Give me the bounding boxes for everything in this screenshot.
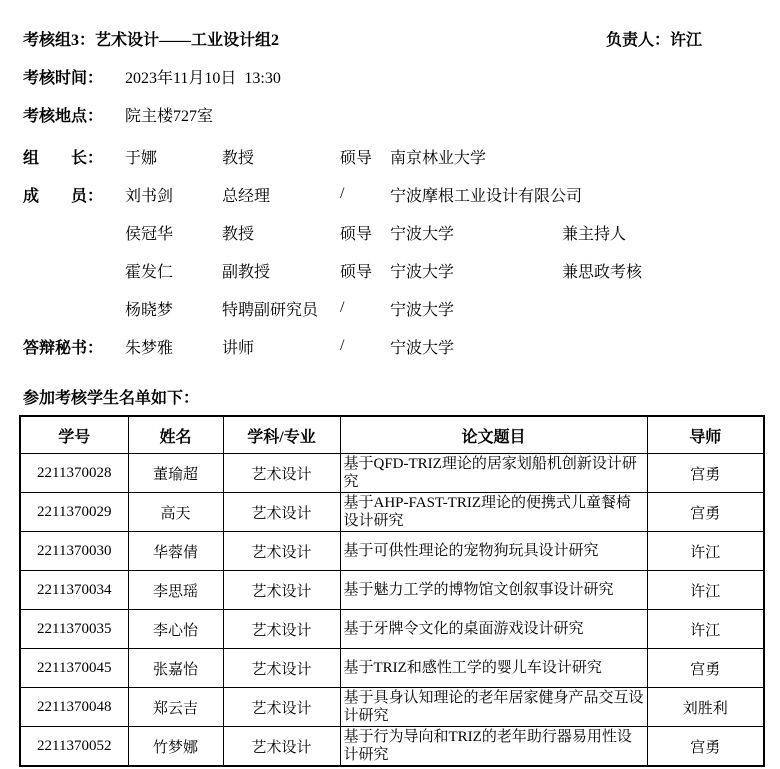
member-organization: 宁波大学 bbox=[390, 259, 562, 282]
info-label: 考核地点： bbox=[23, 103, 125, 126]
mentor-cell: 宫勇 bbox=[647, 454, 764, 493]
student-id-cell: 2211370034 bbox=[20, 571, 128, 610]
table-row: 2211370035李心怡艺术设计基于牙牌令文化的桌面游戏设计研究许江 bbox=[20, 610, 764, 649]
student-name-cell: 董瑜超 bbox=[128, 454, 223, 493]
member-organization: 宁波大学 bbox=[390, 221, 562, 244]
mentor-cell: 刘胜利 bbox=[647, 688, 764, 727]
col-header-major: 学科/专业 bbox=[223, 416, 340, 454]
student-name-cell: 华蓉倩 bbox=[128, 532, 223, 571]
member-name: 侯冠华 bbox=[125, 221, 222, 244]
info-value: 2023年11月10日 13:30 bbox=[125, 65, 281, 88]
major-cell: 艺术设计 bbox=[223, 532, 340, 571]
student-id-cell: 2211370045 bbox=[20, 649, 128, 688]
major-cell: 艺术设计 bbox=[223, 688, 340, 727]
mentor-cell: 许江 bbox=[647, 610, 764, 649]
student-id-cell: 2211370052 bbox=[20, 727, 128, 767]
mentor-cell: 宫勇 bbox=[647, 493, 764, 532]
student-id-cell: 2211370029 bbox=[20, 493, 128, 532]
thesis-title-cell: 基于行为导向和TRIZ的老年助行器易用性设计研究 bbox=[340, 727, 647, 767]
mentor-cell: 宫勇 bbox=[647, 649, 764, 688]
table-row: 2211370052竹梦娜艺术设计基于行为导向和TRIZ的老年助行器易用性设计研… bbox=[20, 727, 764, 767]
students-intro: 参加考核学生名单如下： bbox=[23, 385, 199, 408]
leader-name: 负责人：许江 bbox=[606, 27, 702, 50]
member-name: 于娜 bbox=[125, 145, 222, 168]
member-extra-duty: 兼思政考核 bbox=[562, 259, 763, 282]
committee-row: 霍发仁副教授硕导宁波大学兼思政考核 bbox=[19, 251, 763, 289]
member-supervisor-type: 硕导 bbox=[340, 145, 390, 168]
member-supervisor-type: 硕导 bbox=[340, 259, 390, 282]
thesis-title-cell: 基于QFD-TRIZ理论的居家划船机创新设计研究 bbox=[340, 454, 647, 493]
member-supervisor-type: / bbox=[340, 337, 390, 355]
major-cell: 艺术设计 bbox=[223, 610, 340, 649]
major-cell: 艺术设计 bbox=[223, 649, 340, 688]
student-name-cell: 竹梦娜 bbox=[128, 727, 223, 767]
committee-role-label: 成 员： bbox=[23, 183, 125, 206]
member-extra-duty: 兼主持人 bbox=[562, 221, 763, 244]
mentor-cell: 许江 bbox=[647, 532, 764, 571]
student-name-cell: 郑云吉 bbox=[128, 688, 223, 727]
info-value: 院主楼727室 bbox=[125, 103, 213, 126]
info-label: 考核时间： bbox=[23, 65, 125, 88]
students-table: 学号 姓名 学科/专业 论文题目 导师 2211370028董瑜超艺术设计基于Q… bbox=[19, 415, 765, 767]
member-name: 刘书剑 bbox=[125, 183, 222, 206]
member-supervisor-type: / bbox=[340, 185, 390, 203]
committee-role-label: 答辩秘书： bbox=[23, 335, 125, 358]
student-id-cell: 2211370028 bbox=[20, 454, 128, 493]
student-name-cell: 张嘉怡 bbox=[128, 649, 223, 688]
student-id-cell: 2211370048 bbox=[20, 688, 128, 727]
member-supervisor-type: / bbox=[340, 299, 390, 317]
table-row: 2211370048郑云吉艺术设计基于具身认知理论的老年居家健身产品交互设计研究… bbox=[20, 688, 764, 727]
major-cell: 艺术设计 bbox=[223, 493, 340, 532]
table-header-row: 学号 姓名 学科/专业 论文题目 导师 bbox=[20, 416, 764, 454]
table-row: 2211370045张嘉怡艺术设计基于TRIZ和感性工学的婴儿车设计研究宫勇 bbox=[20, 649, 764, 688]
col-header-student-id: 学号 bbox=[20, 416, 128, 454]
member-organization: 宁波大学 bbox=[390, 335, 562, 358]
thesis-title-cell: 基于魅力工学的博物馆文创叙事设计研究 bbox=[340, 571, 647, 610]
col-header-mentor: 导师 bbox=[647, 416, 764, 454]
col-header-thesis: 论文题目 bbox=[340, 416, 647, 454]
committee-rows: 组 长：于娜教授硕导南京林业大学成 员：刘书剑总经理/宁波摩根工业设计有限公司侯… bbox=[19, 137, 763, 365]
info-row: 考核地点：院主楼727室 bbox=[19, 95, 763, 133]
member-title: 副教授 bbox=[222, 259, 340, 282]
thesis-title-cell: 基于TRIZ和感性工学的婴儿车设计研究 bbox=[340, 649, 647, 688]
member-title: 讲师 bbox=[222, 335, 340, 358]
assessment-sheet: 考核组3：艺术设计——工业设计组2 负责人：许江 考核时间：2023年11月10… bbox=[0, 0, 780, 767]
member-name: 杨晓梦 bbox=[125, 297, 222, 320]
student-name-cell: 李心怡 bbox=[128, 610, 223, 649]
student-name-cell: 高天 bbox=[128, 493, 223, 532]
table-row: 2211370030华蓉倩艺术设计基于可供性理论的宠物狗玩具设计研究许江 bbox=[20, 532, 764, 571]
committee-row: 答辩秘书：朱梦雅讲师/宁波大学 bbox=[19, 327, 763, 365]
students-intro-row: 参加考核学生名单如下： bbox=[19, 377, 763, 415]
member-organization: 南京林业大学 bbox=[390, 145, 562, 168]
committee-row: 组 长：于娜教授硕导南京林业大学 bbox=[19, 137, 763, 175]
mentor-cell: 宫勇 bbox=[647, 727, 764, 767]
group-title: 考核组3：艺术设计——工业设计组2 bbox=[23, 27, 279, 50]
member-title: 教授 bbox=[222, 221, 340, 244]
member-supervisor-type: 硕导 bbox=[340, 221, 390, 244]
major-cell: 艺术设计 bbox=[223, 454, 340, 493]
member-title: 特聘副研究员 bbox=[222, 297, 340, 320]
info-rows: 考核时间：2023年11月10日 13:30考核地点：院主楼727室 bbox=[19, 57, 763, 133]
title-row: 考核组3：艺术设计——工业设计组2 负责人：许江 bbox=[19, 19, 763, 57]
committee-role-label: 组 长： bbox=[23, 145, 125, 168]
major-cell: 艺术设计 bbox=[223, 571, 340, 610]
member-organization: 宁波摩根工业设计有限公司 bbox=[390, 183, 562, 206]
thesis-title-cell: 基于牙牌令文化的桌面游戏设计研究 bbox=[340, 610, 647, 649]
info-row: 考核时间：2023年11月10日 13:30 bbox=[19, 57, 763, 95]
major-cell: 艺术设计 bbox=[223, 727, 340, 767]
committee-row: 侯冠华教授硕导宁波大学兼主持人 bbox=[19, 213, 763, 251]
table-row: 2211370034李思瑶艺术设计基于魅力工学的博物馆文创叙事设计研究许江 bbox=[20, 571, 764, 610]
committee-row: 成 员：刘书剑总经理/宁波摩根工业设计有限公司 bbox=[19, 175, 763, 213]
mentor-cell: 许江 bbox=[647, 571, 764, 610]
member-name: 朱梦雅 bbox=[125, 335, 222, 358]
student-name-cell: 李思瑶 bbox=[128, 571, 223, 610]
table-row: 2211370029高天艺术设计基于AHP-FAST-TRIZ理论的便携式儿童餐… bbox=[20, 493, 764, 532]
thesis-title-cell: 基于具身认知理论的老年居家健身产品交互设计研究 bbox=[340, 688, 647, 727]
student-id-cell: 2211370035 bbox=[20, 610, 128, 649]
col-header-name: 姓名 bbox=[128, 416, 223, 454]
thesis-title-cell: 基于可供性理论的宠物狗玩具设计研究 bbox=[340, 532, 647, 571]
member-organization: 宁波大学 bbox=[390, 297, 562, 320]
member-title: 教授 bbox=[222, 145, 340, 168]
committee-row: 杨晓梦特聘副研究员/宁波大学 bbox=[19, 289, 763, 327]
thesis-title-cell: 基于AHP-FAST-TRIZ理论的便携式儿童餐椅设计研究 bbox=[340, 493, 647, 532]
student-id-cell: 2211370030 bbox=[20, 532, 128, 571]
member-title: 总经理 bbox=[222, 183, 340, 206]
table-row: 2211370028董瑜超艺术设计基于QFD-TRIZ理论的居家划船机创新设计研… bbox=[20, 454, 764, 493]
member-name: 霍发仁 bbox=[125, 259, 222, 282]
